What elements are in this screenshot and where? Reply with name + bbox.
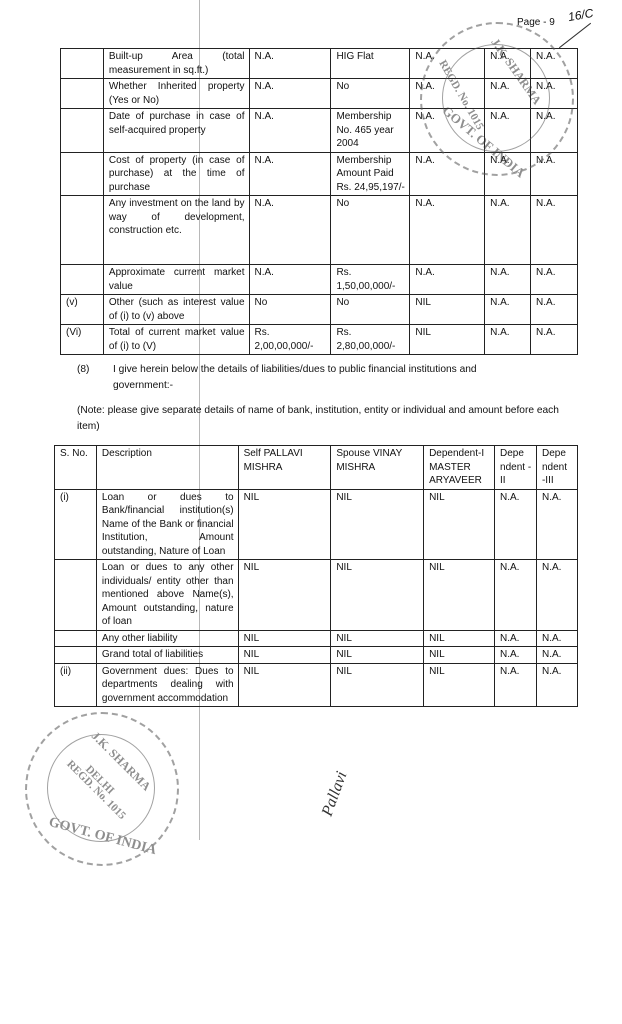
cell-dep2: N.A. [495, 560, 537, 631]
cell-dep1: NIL [424, 560, 495, 631]
cell-desc: Grand total of liabilities [96, 647, 238, 664]
cell-self: N.A. [249, 79, 331, 109]
cell-desc: Date of purchase in case of self-acquire… [103, 109, 249, 153]
cell-self: N.A. [249, 196, 331, 265]
cell-spouse: NIL [331, 647, 424, 664]
cell-spouse: Rs. 2,80,00,000/- [331, 325, 410, 355]
cell-self: N.A. [249, 49, 331, 79]
cell-spouse: HIG Flat [331, 49, 410, 79]
table-row: Loan or dues to any other individuals/ e… [55, 560, 578, 631]
table-header-row: S. No. Description Self PALLAVI MISHRA S… [55, 446, 578, 490]
cell-dep3: N.A. [536, 647, 577, 664]
cell-dep2: N.A. [485, 265, 531, 295]
table-row: Date of purchase in case of self-acquire… [61, 109, 578, 153]
header-dependent-2: Depe ndent -II [495, 446, 537, 490]
cell-sno: (Vi) [61, 325, 104, 355]
cell-sno [55, 560, 97, 631]
cell-dep3: N.A. [531, 109, 578, 153]
cell-sno [61, 79, 104, 109]
cell-dep3: N.A. [536, 489, 577, 560]
cell-dep2: N.A. [495, 647, 537, 664]
cell-dep1: N.A. [410, 196, 485, 265]
cell-desc: Government dues: Dues to departments dea… [96, 663, 238, 707]
liabilities-table: S. No. Description Self PALLAVI MISHRA S… [54, 445, 578, 707]
cell-dep1: NIL [424, 663, 495, 707]
cell-dep2: N.A. [485, 109, 531, 153]
cell-self: NIL [238, 560, 331, 631]
cell-spouse: NIL [331, 663, 424, 707]
table-row: Grand total of liabilitiesNILNILNILN.A.N… [55, 647, 578, 664]
header-dependent-3: Depe ndent -III [536, 446, 577, 490]
cell-dep1: N.A. [410, 265, 485, 295]
cell-self: N.A. [249, 109, 331, 153]
table-row: (Vi)Total of current market value of (i)… [61, 325, 578, 355]
cell-desc: Approximate current market value [103, 265, 249, 295]
handwritten-folio: 16/C [567, 6, 594, 24]
cell-sno [55, 630, 97, 647]
cell-dep1: NIL [424, 489, 495, 560]
pen-stroke [559, 23, 591, 48]
header-spouse: Spouse VINAY MISHRA [331, 446, 424, 490]
cell-self: N.A. [249, 152, 331, 196]
page-number: Page - 9 [517, 17, 555, 28]
cell-dep2: N.A. [485, 49, 531, 79]
cell-dep2: N.A. [485, 325, 531, 355]
assets-table: Built-up Area (total measurement in sq.f… [60, 48, 578, 355]
cell-dep3: N.A. [531, 79, 578, 109]
cell-spouse: NIL [331, 489, 424, 560]
cell-desc: Loan or dues to any other individuals/ e… [96, 560, 238, 631]
cell-dep1: N.A. [410, 49, 485, 79]
cell-self: NIL [238, 647, 331, 664]
cell-dep3: N.A. [536, 663, 577, 707]
cell-self: N.A. [249, 265, 331, 295]
cell-desc: Any other liability [96, 630, 238, 647]
cell-dep2: N.A. [485, 152, 531, 196]
header-sno: S. No. [55, 446, 97, 490]
cell-dep2: N.A. [485, 79, 531, 109]
cell-spouse: No [331, 79, 410, 109]
cell-sno [61, 49, 104, 79]
cell-spouse: Membership No. 465 year 2004 [331, 109, 410, 153]
cell-desc: Any investment on the land by way of dev… [103, 196, 249, 265]
table-row: Built-up Area (total measurement in sq.f… [61, 49, 578, 79]
cell-dep3: N.A. [531, 265, 578, 295]
cell-desc: Cost of property (in case of purchase) a… [103, 152, 249, 196]
cell-dep3: N.A. [536, 560, 577, 631]
cell-spouse: NIL [331, 630, 424, 647]
cell-sno: (ii) [55, 663, 97, 707]
section-8-text: I give herein below the details of liabi… [113, 362, 533, 394]
cell-dep3: N.A. [531, 325, 578, 355]
table-row: Any investment on the land by way of dev… [61, 196, 578, 265]
cell-dep1: NIL [410, 295, 485, 325]
cell-desc: Loan or dues to Bank/financial instituti… [96, 489, 238, 560]
cell-self: NIL [238, 663, 331, 707]
cell-spouse: Rs. 1,50,00,000/- [331, 265, 410, 295]
cell-self: NIL [238, 489, 331, 560]
cell-desc: Total of current market value of (i) to … [103, 325, 249, 355]
cell-sno: (i) [55, 489, 97, 560]
cell-desc: Other (such as interest value of (i) to … [103, 295, 249, 325]
header-dependent-1: Dependent-I MASTER ARYAVEER [424, 446, 495, 490]
cell-dep1: N.A. [410, 79, 485, 109]
cell-dep3: N.A. [531, 49, 578, 79]
cell-spouse: Membership Amount Paid Rs. 24,95,197/- [331, 152, 410, 196]
table-row: (v)Other (such as interest value of (i) … [61, 295, 578, 325]
cell-spouse: No [331, 196, 410, 265]
table-row: Any other liabilityNILNILNILN.A.N.A. [55, 630, 578, 647]
cell-dep1: NIL [424, 647, 495, 664]
cell-dep1: N.A. [410, 152, 485, 196]
cell-sno [61, 152, 104, 196]
cell-sno: (v) [61, 295, 104, 325]
cell-sno [61, 265, 104, 295]
cell-dep3: N.A. [536, 630, 577, 647]
cell-dep3: N.A. [531, 295, 578, 325]
cell-dep3: N.A. [531, 152, 578, 196]
cell-dep1: NIL [410, 325, 485, 355]
cell-self: NIL [238, 630, 331, 647]
table-row: (ii)Government dues: Dues to departments… [55, 663, 578, 707]
cell-dep2: N.A. [495, 663, 537, 707]
cell-dep1: NIL [424, 630, 495, 647]
cell-dep2: N.A. [495, 489, 537, 560]
table-row: Approximate current market valueN.A.Rs. … [61, 265, 578, 295]
notary-stamp-bottom: J.K. SHARMA DELHI REGD. No. 1015 GOVT. O… [25, 712, 179, 866]
cell-desc: Built-up Area (total measurement in sq.f… [103, 49, 249, 79]
section-8-note: (Note: please give separate details of n… [77, 403, 567, 435]
signature: Pallavi [319, 769, 352, 819]
cell-desc: Whether Inherited property (Yes or No) [103, 79, 249, 109]
cell-dep2: N.A. [495, 630, 537, 647]
table-row: Cost of property (in case of purchase) a… [61, 152, 578, 196]
cell-dep1: N.A. [410, 109, 485, 153]
cell-spouse: NIL [331, 560, 424, 631]
cell-self: Rs. 2,00,00,000/- [249, 325, 331, 355]
table-row: Whether Inherited property (Yes or No)N.… [61, 79, 578, 109]
header-description: Description [96, 446, 238, 490]
header-self: Self PALLAVI MISHRA [238, 446, 331, 490]
cell-sno [61, 109, 104, 153]
section-number: (8) [77, 362, 89, 378]
table-row: (i)Loan or dues to Bank/financial instit… [55, 489, 578, 560]
cell-self: No [249, 295, 331, 325]
cell-sno [61, 196, 104, 265]
cell-spouse: No [331, 295, 410, 325]
cell-dep2: N.A. [485, 295, 531, 325]
cell-sno [55, 647, 97, 664]
cell-dep2: N.A. [485, 196, 531, 265]
cell-dep3: N.A. [531, 196, 578, 265]
